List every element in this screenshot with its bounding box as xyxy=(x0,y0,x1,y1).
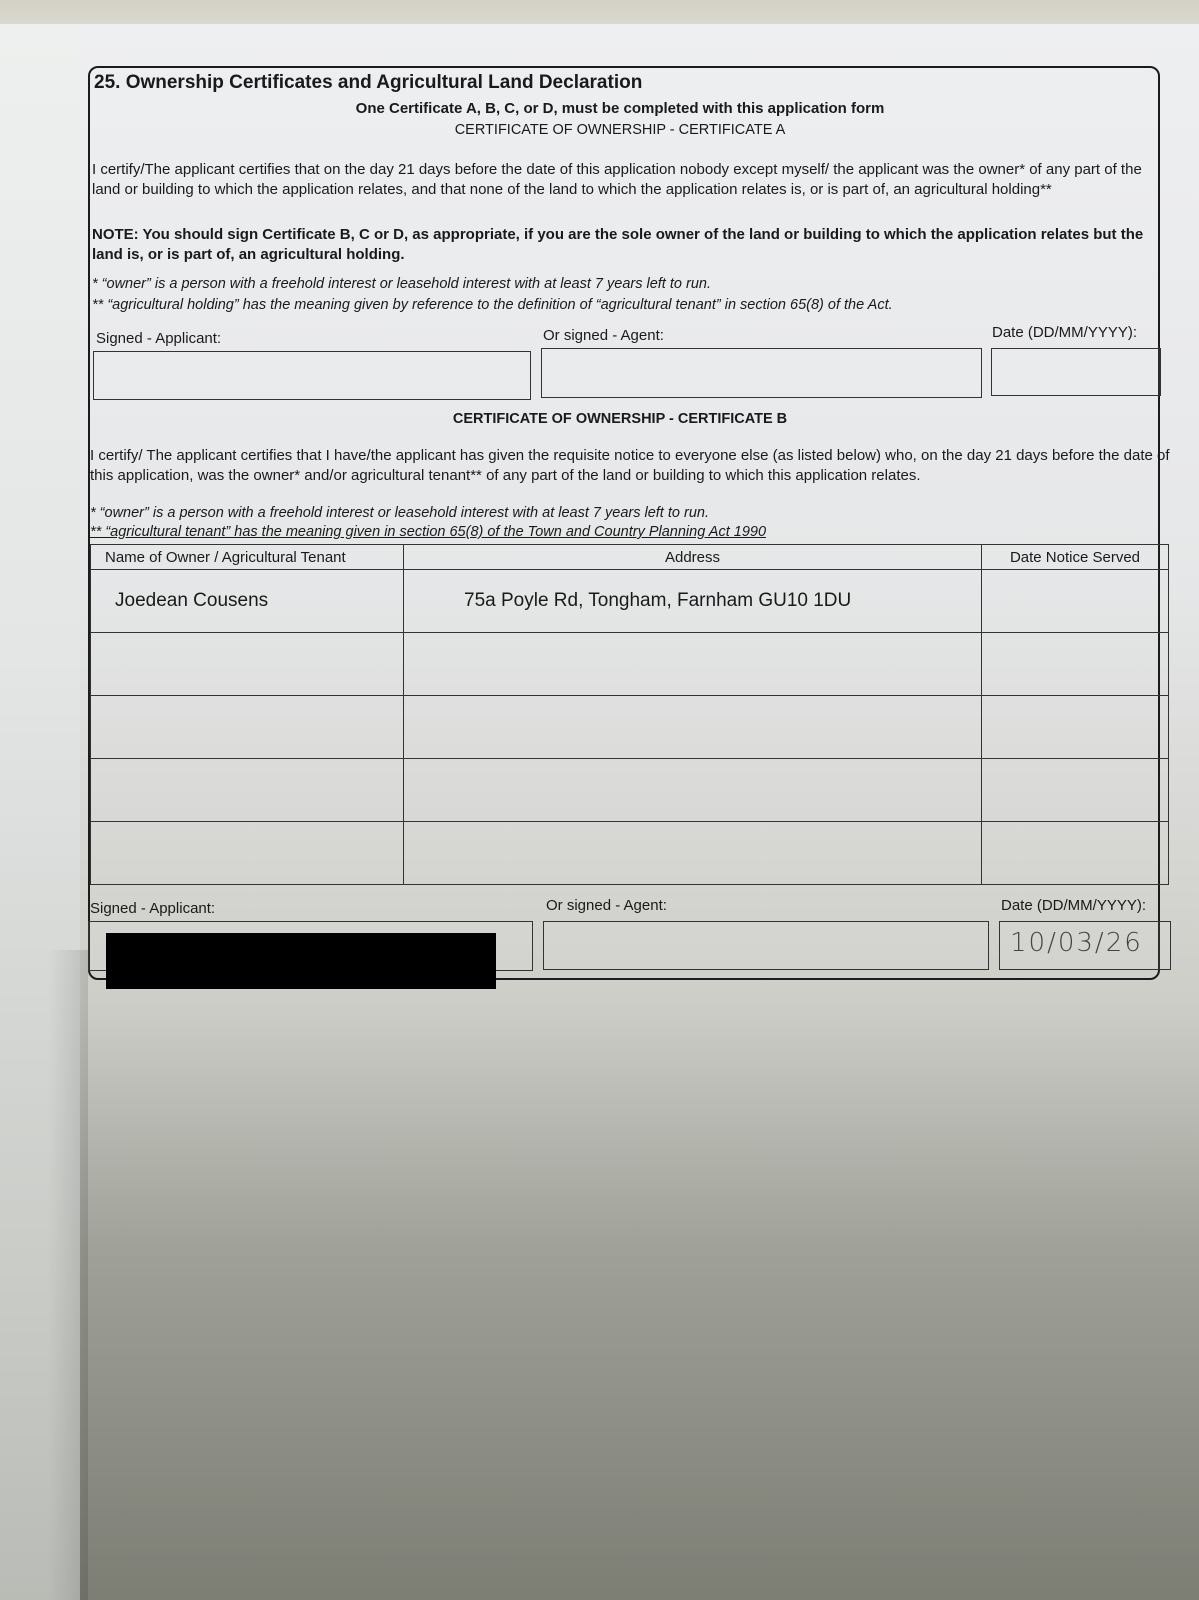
date-notice-cell[interactable] xyxy=(982,570,1169,633)
column-header-name: Name of Owner / Agricultural Tenant xyxy=(91,545,404,570)
owner-address-cell[interactable] xyxy=(404,759,982,822)
owners-table: Name of Owner / Agricultural Tenant Addr… xyxy=(90,544,1169,885)
table-row: Joedean Cousens 75a Poyle Rd, Tongham, F… xyxy=(91,570,1169,633)
owner-address-cell[interactable] xyxy=(404,822,982,885)
date-notice-cell[interactable] xyxy=(982,696,1169,759)
page-shadow xyxy=(48,950,88,1600)
certificate-a-heading: CERTIFICATE OF OWNERSHIP - CERTIFICATE A xyxy=(300,122,940,138)
certificate-a-note: NOTE: You should sign Certificate B, C o… xyxy=(92,225,1152,265)
table-row xyxy=(91,696,1169,759)
footnote-owner: * “owner” is a person with a freehold in… xyxy=(92,274,711,295)
cert-b-date-label: Date (DD/MM/YYYY): xyxy=(1001,897,1146,914)
owner-name-cell[interactable] xyxy=(91,822,404,885)
owner-name-cell[interactable]: Joedean Cousens xyxy=(91,570,404,633)
owner-address-cell[interactable]: 75a Poyle Rd, Tongham, Farnham GU10 1DU xyxy=(404,570,982,633)
date-notice-cell[interactable] xyxy=(982,822,1169,885)
cert-a-date-field[interactable] xyxy=(991,348,1161,396)
cert-a-agent-signature-field[interactable] xyxy=(541,348,982,398)
cert-a-applicant-signature-field[interactable] xyxy=(93,351,531,400)
footnote-owner-b: * “owner” is a person with a freehold in… xyxy=(90,503,709,524)
redaction-block xyxy=(106,933,496,989)
cert-a-signed-agent-label: Or signed - Agent: xyxy=(543,327,664,344)
owner-address-cell[interactable] xyxy=(404,696,982,759)
cert-a-signed-applicant-label: Signed - Applicant: xyxy=(96,330,221,347)
section-instruction: One Certificate A, B, C, or D, must be c… xyxy=(300,100,940,117)
column-header-address: Address xyxy=(404,545,982,570)
date-notice-cell[interactable] xyxy=(982,759,1169,822)
date-notice-cell[interactable] xyxy=(982,633,1169,696)
table-row xyxy=(91,822,1169,885)
owners-table-header: Name of Owner / Agricultural Tenant Addr… xyxy=(91,545,1169,570)
owner-name-cell[interactable] xyxy=(91,633,404,696)
footnote-agricultural-holding: ** “agricultural holding” has the meanin… xyxy=(92,295,893,316)
cert-a-date-label: Date (DD/MM/YYYY): xyxy=(992,324,1137,341)
owner-name-cell[interactable] xyxy=(91,696,404,759)
owner-address-cell[interactable] xyxy=(404,633,982,696)
cert-b-signed-agent-label: Or signed - Agent: xyxy=(546,897,667,914)
section-title: 25. Ownership Certificates and Agricultu… xyxy=(94,72,642,94)
certificate-a-statement: I certify/The applicant certifies that o… xyxy=(92,160,1152,200)
certificate-b-statement: I certify/ The applicant certifies that … xyxy=(90,446,1170,486)
table-row xyxy=(91,759,1169,822)
owner-name-cell[interactable] xyxy=(91,759,404,822)
cert-b-agent-signature-field[interactable] xyxy=(543,921,989,970)
column-header-date-notice: Date Notice Served xyxy=(982,545,1169,570)
footnote-agricultural-tenant: ** “agricultural tenant” has the meaning… xyxy=(90,522,766,543)
cert-b-date-field[interactable]: 10/03/26 xyxy=(999,921,1171,970)
certificate-b-heading: CERTIFICATE OF OWNERSHIP - CERTIFICATE B xyxy=(300,411,940,427)
table-row xyxy=(91,633,1169,696)
cert-b-signed-applicant-label: Signed - Applicant: xyxy=(90,900,215,917)
